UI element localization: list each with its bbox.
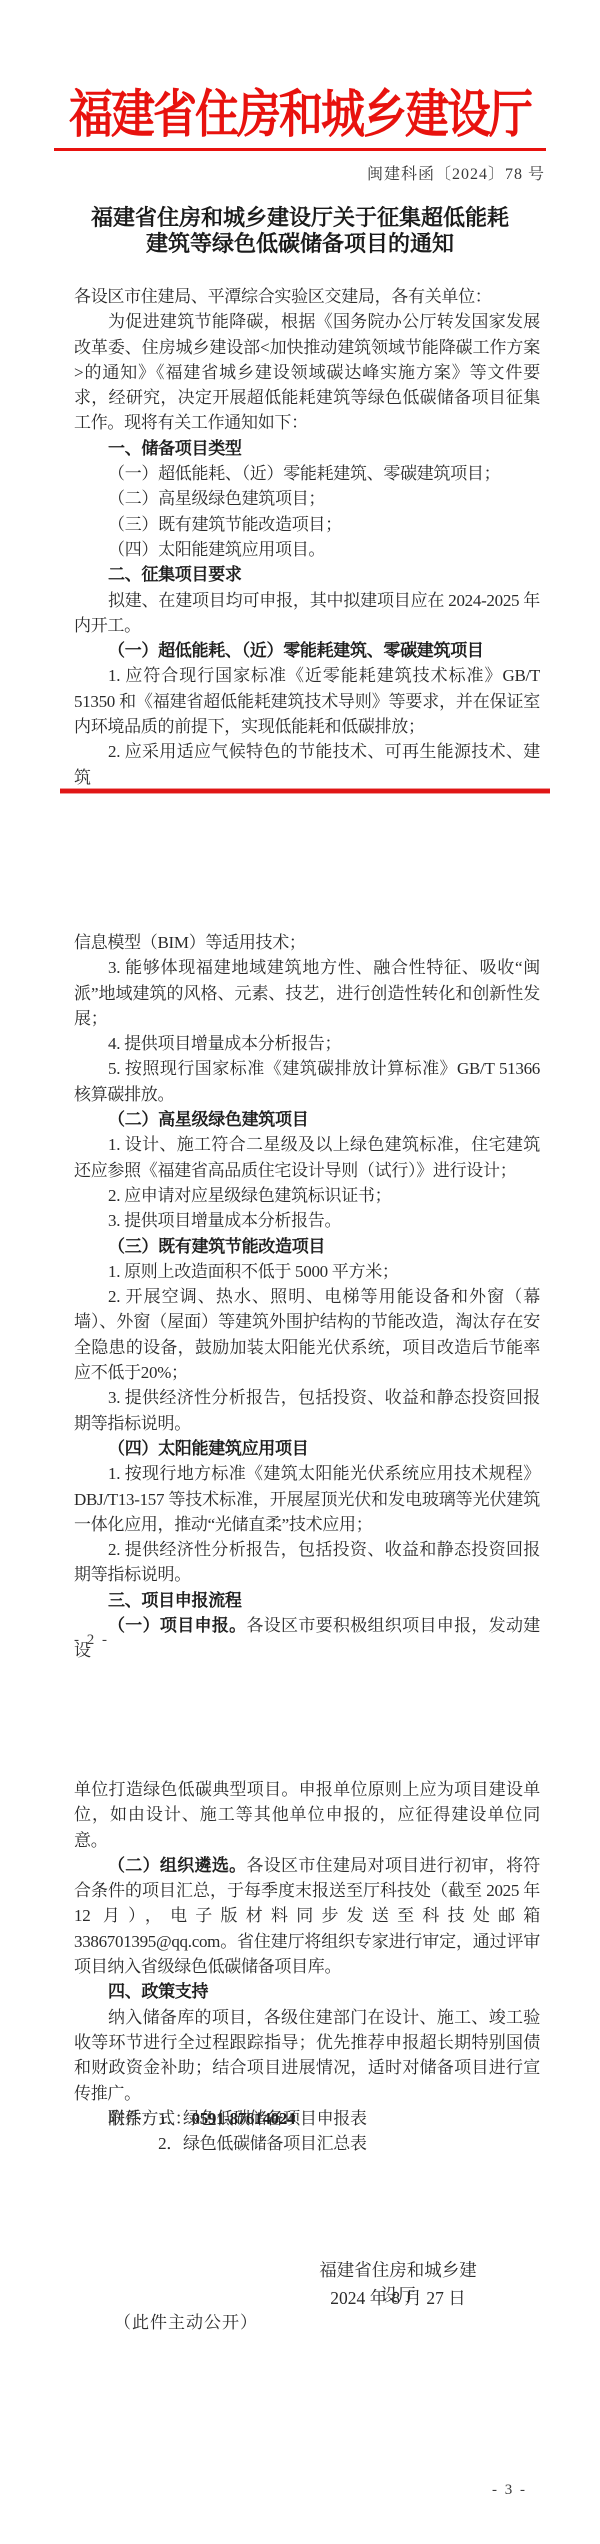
paragraph-intro: 为促进建筑节能降碳，根据《国务院办公厅转发国家发展改革委、住房城乡建设部<加快推… (74, 309, 540, 435)
numbered-item: 3. 提供项目增量成本分析报告。 (74, 1208, 540, 1233)
page2-body: 信息模型（BIM）等适用技术； 3. 能够体现福建地域建筑地方性、融合性特征、吸… (74, 930, 540, 1664)
paragraph-policy: 纳入储备库的项目，各级住建部门在设计、施工、竣工验收等环节进行全过程跟踪指导；优… (74, 2005, 540, 2106)
list-item: （三）既有建筑节能改造项目； (74, 512, 540, 537)
page-number-3: - 3 - (492, 2482, 527, 2499)
attachments-label: 附件： (108, 2106, 158, 2131)
paragraph-lead: （一）项目申报。 (108, 1616, 246, 1635)
page-number-2: - 2 - (74, 1632, 109, 1649)
attachment-item: 1．绿色低碳储备项目申报表 (158, 2106, 367, 2131)
numbered-item: 2. 应采用适应气候特色的节能技术、可再生能源技术、建筑 (74, 739, 540, 790)
numbered-item: 2. 开展空调、热水、照明、电梯等用能设备和外窗（幕墙）、外窗（屋面）等建筑外围… (74, 1284, 540, 1385)
letterhead-red-rule (54, 148, 546, 151)
subsection-heading: （四）太阳能建筑应用项目 (74, 1436, 540, 1461)
numbered-item: 3. 提供经济性分析报告，包括投资、收益和静态投资回报期等指标说明。 (74, 1385, 540, 1436)
letterhead-agency-title: 福建省住房和城乡建设厅 (0, 72, 600, 148)
list-item: （四）太阳能建筑应用项目。 (74, 537, 540, 562)
numbered-item: 3. 能够体现福建地域建筑地方性、融合性特征、吸收“闽派”地域建筑的风格、元素、… (74, 955, 540, 1031)
numbered-item: 1. 设计、施工符合二星级及以上绿色建筑标准，住宅建筑还应参照《福建省高品质住宅… (74, 1132, 540, 1183)
continuation-line: 单位打造绿色低碳典型项目。申报单位原则上应为项目建设单位，如由设计、施工等其他单… (74, 1777, 540, 1853)
document-number: 闽建科函〔2024〕78 号 (367, 161, 545, 184)
notice-title: 福建省住房和城乡建设厅关于征集超低能耗建筑等绿色低碳储备项目的通知 (88, 205, 512, 257)
section-heading-1: 一、储备项目类型 (74, 436, 540, 461)
page3-body: 单位打造绿色低碳典型项目。申报单位原则上应为项目建设单位，如由设计、施工等其他单… (74, 1777, 540, 2131)
paragraph-apply: （一）项目申报。各设区市要积极组织项目申报，发动建设 (74, 1613, 540, 1664)
attachments-block: 附件： 1．绿色低碳储备项目申报表 2．绿色低碳储备项目汇总表 (108, 2106, 367, 2157)
subsection-heading: （一）超低能耗、（近）零能耗建筑、零碳建筑项目 (74, 638, 540, 663)
numbered-item: 1. 按现行地方标准《建筑太阳能光伏系统应用技术规程》DBJ/T13-157 等… (74, 1461, 540, 1537)
numbered-item: 2. 应申请对应星级绿色建筑标识证书； (74, 1183, 540, 1208)
list-item: （一）超低能耗、（近）零能耗建筑、零碳建筑项目； (74, 461, 540, 486)
subsection-heading: （二）高星级绿色建筑项目 (74, 1107, 540, 1132)
numbered-item: 2. 提供经济性分析报告，包括投资、收益和静态投资回报期等指标说明。 (74, 1537, 540, 1588)
subsection-heading: （三）既有建筑节能改造项目 (74, 1234, 540, 1259)
continuation-line: 信息模型（BIM）等适用技术； (74, 930, 540, 955)
signature-date: 2024 年 8 月 27 日 (316, 2285, 480, 2310)
section-heading-4: 四、政策支持 (74, 1979, 540, 2004)
page1-body: 各设区市住建局、平潭综合实验区交建局，各有关单位： 为促进建筑节能降碳，根据《国… (74, 284, 540, 790)
numbered-item: 1. 原则上改造面积不低于 5000 平方米； (74, 1259, 540, 1284)
section-heading-3: 三、项目申报流程 (74, 1588, 540, 1613)
numbered-item: 4. 提供项目增量成本分析报告； (74, 1031, 540, 1056)
paragraph-requirement: 拟建、在建项目均可申报，其中拟建项目应在 2024-2025 年内开工。 (74, 588, 540, 639)
page-break-red-rule (60, 789, 550, 793)
list-item: （二）高星级绿色建筑项目； (74, 486, 540, 511)
numbered-item: 5. 按照现行国家标准《建筑碳排放计算标准》GB/T 51366 核算碳排放。 (74, 1056, 540, 1107)
numbered-item: 1. 应符合现行国家标准《近零能耗建筑技术标准》GB/T 51350 和《福建省… (74, 663, 540, 739)
attachment-item: 2．绿色低碳储备项目汇总表 (158, 2131, 367, 2156)
disclosure-note: （此件主动公开） (114, 2308, 258, 2333)
section-heading-2: 二、征集项目要求 (74, 562, 540, 587)
greeting-line: 各设区市住建局、平潭综合实验区交建局，各有关单位： (74, 284, 540, 309)
notice-document: 福建省住房和城乡建设厅 闽建科函〔2024〕78 号 福建省住房和城乡建设厅关于… (0, 0, 600, 2544)
paragraph-lead: （二）组织遴选。 (108, 1856, 246, 1875)
paragraph-select: （二）组织遴选。各设区市住建局对项目进行初审，将符合条件的项目汇总，于每季度末报… (74, 1853, 540, 1979)
